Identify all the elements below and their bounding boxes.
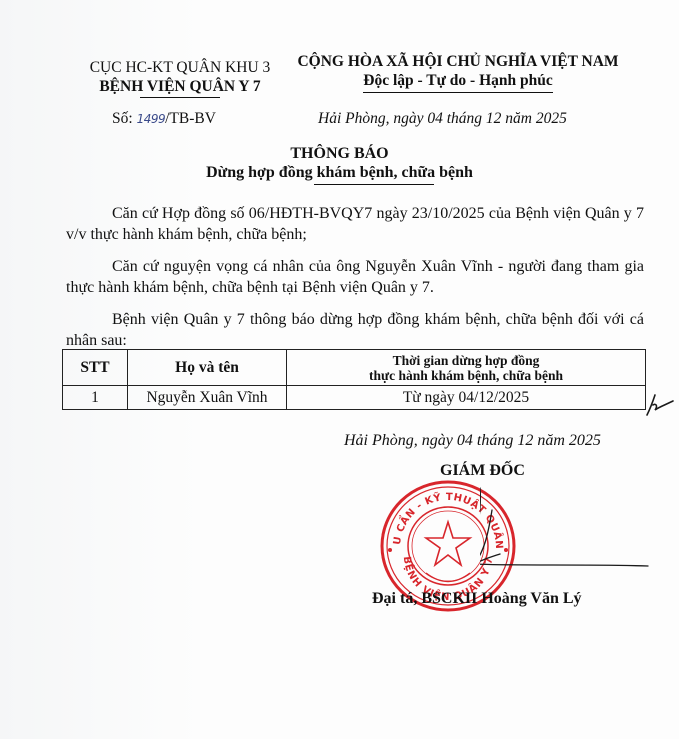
issuing-organization: CỤC HC-KT QUÂN KHU 3 BỆNH VIỆN QUÂN Y 7 [60,58,300,98]
issue-place-date: Hải Phòng, ngày 04 tháng 12 năm 2025 [318,110,567,128]
termination-table: STT Họ và tên Thời gian dừng hợp đồng th… [62,349,646,410]
national-title: CỘNG HÒA XÃ HỘI CHỦ NGHĨA VIỆT NAM [278,52,638,71]
margin-initial-mark [645,393,675,417]
body-paragraph: Căn cứ Hợp đồng số 06/HĐTH-BVQY7 ngày 23… [66,204,644,245]
parent-organization: CỤC HC-KT QUÂN KHU 3 [60,58,300,77]
title-heading: THÔNG BÁO [0,144,679,163]
header-stt: STT [63,350,128,386]
document-number-handwritten: 1499 [137,112,166,126]
title-subject: Dừng hợp đồng khám bệnh, chữa bệnh [206,163,473,182]
national-motto: Độc lập - Tự do - Hạnh phúc [363,71,552,90]
subject-underline [314,184,434,185]
document-number-label: Số: [112,110,133,127]
document-page: CỤC HC-KT QUÂN KHU 3 BỆNH VIỆN QUÂN Y 7 … [0,0,679,739]
signature-place-date: Hải Phòng, ngày 04 tháng 12 năm 2025 [344,432,601,450]
document-number-suffix: /TB-BV [165,110,216,127]
header-stop-time-line1: Thời gian dừng hợp đồng [291,353,641,368]
document-title: THÔNG BÁO Dừng hợp đồng khám bệnh, chữa … [0,144,679,185]
organization-underline [140,97,220,98]
handwritten-signature [480,480,650,590]
signer-name: Đại tá, BSCKII Hoàng Văn Lý [372,590,582,608]
header-stop-time-line2: thực hành khám bệnh, chữa bệnh [291,368,641,383]
cell-stt: 1 [63,386,128,410]
subject-block: Dừng hợp đồng khám bệnh, chữa bệnh [206,163,473,185]
table-row: 1 Nguyễn Xuân Vĩnh Từ ngày 04/12/2025 [63,386,646,410]
motto-underline [363,92,552,93]
header-stop-time: Thời gian dừng hợp đồng thực hành khám b… [287,350,646,386]
national-header: CỘNG HÒA XÃ HỘI CHỦ NGHĨA VIỆT NAM Độc l… [278,52,638,93]
table-header-row: STT Họ và tên Thời gian dừng hợp đồng th… [63,350,646,386]
document-number: Số: 1499/TB-BV [112,110,216,128]
organization-name: BỆNH VIỆN QUÂN Y 7 [60,77,300,96]
motto-block: Độc lập - Tự do - Hạnh phúc [363,71,552,93]
header-full-name: Họ và tên [128,350,287,386]
cell-full-name: Nguyễn Xuân Vĩnh [128,386,287,410]
body-paragraph: Bệnh viện Quân y 7 thông báo dừng hợp đồ… [66,310,644,351]
cell-stop-time: Từ ngày 04/12/2025 [287,386,646,410]
document-body: Căn cứ Hợp đồng số 06/HĐTH-BVQY7 ngày 23… [66,204,644,363]
body-paragraph: Căn cứ nguyện vọng cá nhân của ông Nguyễ… [66,257,644,298]
